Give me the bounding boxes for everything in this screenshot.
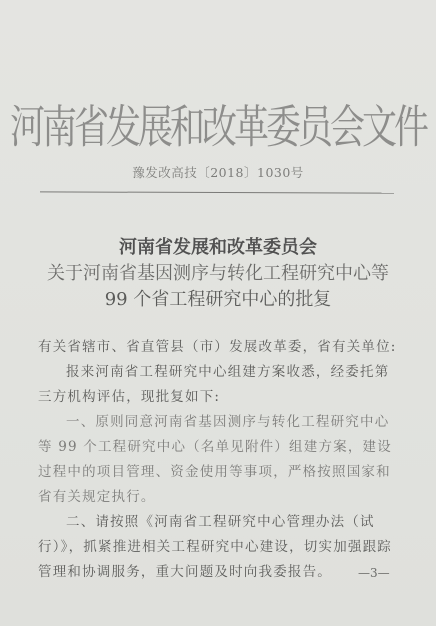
- page-number: —3—: [358, 566, 390, 580]
- paragraph-intro: 报来河南省工程研究中心组建方案收悉，经委托第三方机构评估，现批复如下:: [38, 360, 404, 410]
- addressee: 有关省辖市、省直管县（市）发展改革委，省有关单位:: [38, 335, 404, 360]
- document-header: 河南省发展和改革委员会文件: [0, 92, 436, 157]
- document-number: 豫发改高技〔2018〕1030号: [0, 163, 436, 181]
- header-separator-line: [40, 191, 394, 193]
- document-page: 河南省发展和改革委员会文件 豫发改高技〔2018〕1030号 河南省发展和改革委…: [0, 0, 436, 626]
- paragraph-item-1: 一、原则同意河南省基因测序与转化工程研究中心等 99 个工程研究中心（名单见附件…: [38, 410, 404, 510]
- title-subject: 关于河南省基因测序与转化工程研究中心等: [0, 261, 436, 287]
- title-subject-continued: 99 个省工程研究中心的批复: [0, 287, 436, 313]
- title-issuer: 河南省发展和改革委员会: [0, 235, 436, 261]
- document-body: 有关省辖市、省直管县（市）发展改革委，省有关单位: 报来河南省工程研究中心组建方…: [38, 335, 404, 585]
- paragraph-item-2: 二、请按照《河南省工程研究中心管理办法（试行）》，抓紧推进相关工程研究中心建设，…: [38, 510, 404, 585]
- document-title: 河南省发展和改革委员会 关于河南省基因测序与转化工程研究中心等 99 个省工程研…: [0, 235, 436, 313]
